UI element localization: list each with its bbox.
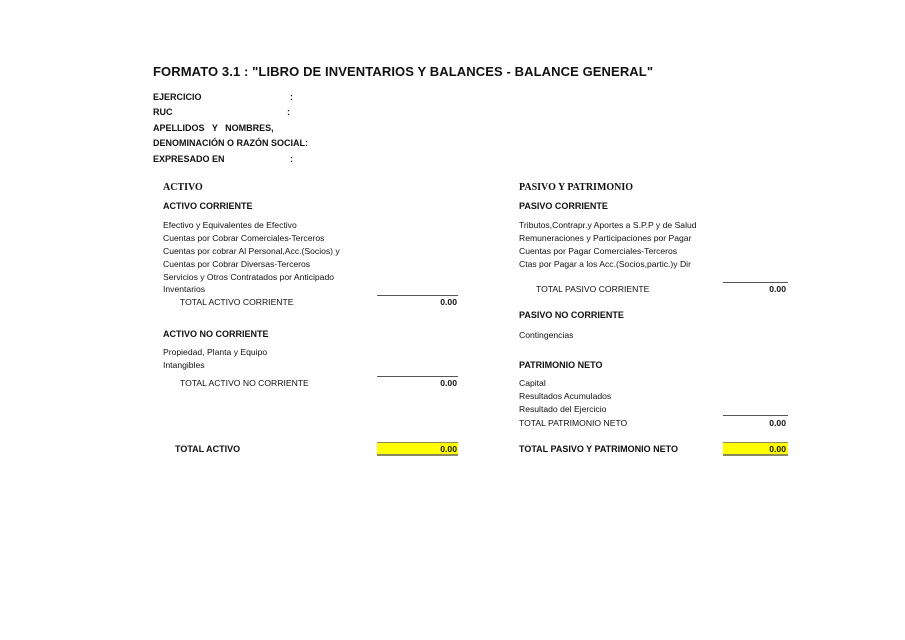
pasivo-no-corriente-title: PASIVO NO CORRIENTE <box>519 310 624 320</box>
patrimonio-item: Resultado del Ejercicio <box>519 404 606 414</box>
activo-no-corriente-title: ACTIVO NO CORRIENTE <box>163 329 269 339</box>
activo-corriente-title: ACTIVO CORRIENTE <box>163 201 253 211</box>
total-activo-value: 0.00 <box>377 444 457 454</box>
total-activo-label: TOTAL ACTIVO <box>175 444 240 454</box>
total-activo-no-corriente-value: 0.00 <box>377 378 457 388</box>
activo-no-corriente-item: Intangibles <box>163 360 205 370</box>
subtotal-rule <box>723 415 788 416</box>
total-pasivo-patrimonio-label: TOTAL PASIVO Y PATRIMONIO NETO <box>519 444 678 454</box>
total-patrimonio-label: TOTAL PATRIMONIO NETO <box>519 418 627 428</box>
activo-heading: ACTIVO <box>163 182 203 193</box>
total-activo-no-corriente-label: TOTAL ACTIVO NO CORRIENTE <box>180 378 309 388</box>
field-ejercicio-label: EJERCICIO <box>153 92 202 102</box>
total-activo-corriente-label: TOTAL ACTIVO CORRIENTE <box>180 297 293 307</box>
pasivo-heading: PASIVO Y PATRIMONIO <box>519 182 633 193</box>
pasivo-corriente-item: Cuentas por Pagar Comerciales-Terceros <box>519 246 677 256</box>
subtotal-rule <box>723 282 788 283</box>
activo-corriente-item: Cuentas por Cobrar Diversas-Terceros <box>163 259 310 269</box>
field-expresado-sep: : <box>290 154 293 164</box>
pasivo-corriente-item: Remuneraciones y Participaciones por Pag… <box>519 233 691 243</box>
pasivo-corriente-title: PASIVO CORRIENTE <box>519 201 608 211</box>
activo-corriente-item: Cuentas por cobrar Al Personal,Acc.(Soci… <box>163 246 340 256</box>
document-title: FORMATO 3.1 : "LIBRO DE INVENTARIOS Y BA… <box>153 64 653 79</box>
total-patrimonio-value: 0.00 <box>723 418 786 428</box>
activo-corriente-item: Servicios y Otros Contratados por Antici… <box>163 272 334 282</box>
field-apellidos-label: APELLIDOS Y NOMBRES, <box>153 123 274 133</box>
pasivo-corriente-item: Ctas por Pagar a los Acc.(Socios,partic.… <box>519 259 691 269</box>
field-ruc-label: RUC <box>153 107 173 117</box>
pasivo-no-corriente-item: Contingencias <box>519 330 573 340</box>
field-ruc-sep: : <box>287 107 290 117</box>
total-pasivo-patrimonio-value: 0.00 <box>723 444 786 454</box>
patrimonio-title: PATRIMONIO NETO <box>519 360 603 370</box>
field-ejercicio-sep: : <box>290 92 293 102</box>
total-pasivo-corriente-label: TOTAL PASIVO CORRIENTE <box>536 284 649 294</box>
total-pasivo-corriente-value: 0.00 <box>723 284 786 294</box>
patrimonio-item: Resultados Acumulados <box>519 391 611 401</box>
activo-corriente-item: Inventarios <box>163 284 205 294</box>
activo-no-corriente-item: Propiedad, Planta y Equipo <box>163 347 267 357</box>
activo-corriente-item: Efectivo y Equivalentes de Efectivo <box>163 220 297 230</box>
field-expresado-label: EXPRESADO EN <box>153 154 225 164</box>
pasivo-corriente-item: Tributos,Contrapr.y Aportes a S.P.P y de… <box>519 220 697 230</box>
subtotal-rule <box>377 376 458 377</box>
total-activo-corriente-value: 0.00 <box>377 297 457 307</box>
subtotal-rule <box>377 295 458 296</box>
patrimonio-item: Capital <box>519 378 546 388</box>
activo-corriente-item: Cuentas por Cobrar Comerciales-Terceros <box>163 233 324 243</box>
field-razon-social-label: DENOMINACIÓN O RAZÓN SOCIAL: <box>153 138 308 148</box>
